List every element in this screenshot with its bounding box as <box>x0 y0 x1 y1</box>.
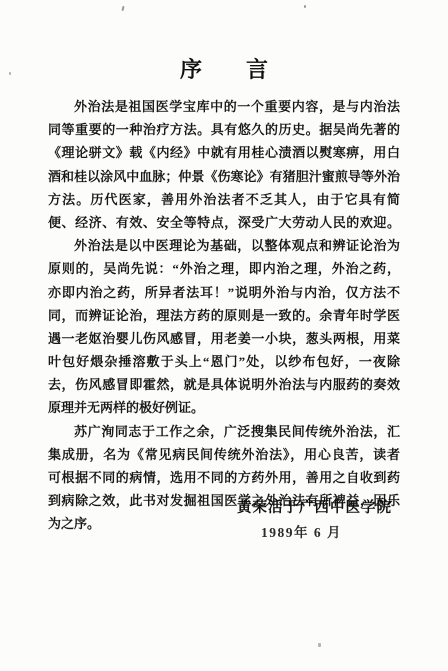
paragraph-3: 苏广洵同志于工作之余，广泛搜集民间传统外治法，汇 集成册，名为《常见病民间传统外… <box>48 420 400 536</box>
body-line: 外治法是以中医理论为基础，以整体观点和辨证论治为 <box>48 234 400 257</box>
book-preface-page: 序 言 外治法是祖国医学宝库中的一个重要内容，是与内治法 同等重要的一种治疗方法… <box>0 0 448 671</box>
paragraph-2: 外治法是以中医理论为基础，以整体观点和辨证论治为 原则的，吴尚先说：“外治之理，… <box>48 234 400 420</box>
body-line: 酒和桂以涂风中血脉；仲景《伤寒论》有猪胆汁蜜煎导等外治 <box>48 165 400 188</box>
publication-date: 1989年 6 月 <box>261 521 342 541</box>
paragraph-1: 外治法是祖国医学宝库中的一个重要内容，是与内治法 同等重要的一种治疗方法。具有悠… <box>48 95 400 234</box>
preface-body: 外治法是祖国医学宝库中的一个重要内容，是与内治法 同等重要的一种治疗方法。具有悠… <box>48 95 400 536</box>
body-line: 同等重要的一种治疗方法。具有悠久的历史。据吴尚先著的 <box>48 118 400 141</box>
author-signature: 黄荣活于广西中医学院 <box>237 496 392 517</box>
body-line: 原理并无两样的极好例证。 <box>48 396 400 419</box>
scan-speck <box>304 5 306 8</box>
body-line: 叶包好煨杂捶溶敷于头上“恩门”处，以纱布包好，一夜除 <box>48 350 400 373</box>
page-title: 序 言 <box>0 53 448 84</box>
body-line: 亦即内治之药，所异者法耳！”说明外治与内治，仅方法不 <box>48 281 400 304</box>
body-line: 去，伤风感冒即霍然，就是具体说明外治法与内服药的奏效 <box>48 373 400 396</box>
body-line: 原则的，吴尚先说：“外治之理，即内治之理，外治之药， <box>48 257 400 280</box>
body-line: 方法。历代医家，善用外治法者不乏其人，由于它具有简 <box>48 188 400 211</box>
body-line: 外治法是祖国医学宝库中的一个重要内容，是与内治法 <box>48 95 400 118</box>
body-line: 苏广洵同志于工作之余，广泛搜集民间传统外治法，汇 <box>48 420 400 443</box>
body-line: 可根据不同的病情，选用不同的方药外用，善用之自收到药 <box>48 466 400 489</box>
scan-speck <box>318 643 321 647</box>
body-line: 集成册，名为《常见病民间传统外治法》，用心良苦，读者 <box>48 443 400 466</box>
body-line: 同，而辨证论治，理法方药的原则是一致的。余青年时学医 <box>48 304 400 327</box>
scan-speck <box>122 6 125 11</box>
body-line: 遇一老妪治婴儿伤风感冒，用老姜一小块，葱头两根，用菜 <box>48 327 400 350</box>
body-line: 《理论骈文》载《内经》中就有用桂心渍酒以熨寒痹，用白 <box>48 141 400 164</box>
body-line: 便、经济、有效、安全等特点，深受广大劳动人民的欢迎。 <box>48 211 400 234</box>
